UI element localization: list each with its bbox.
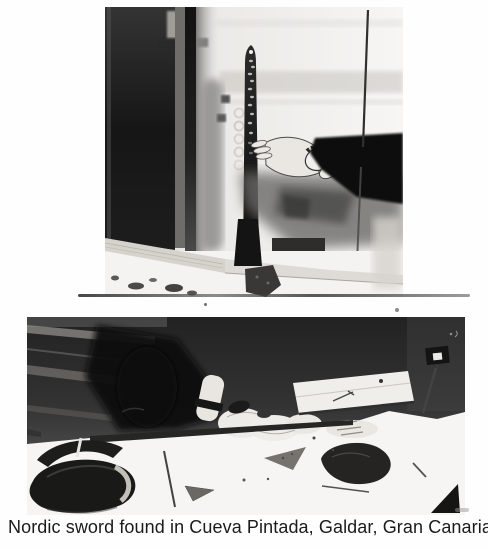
sword-tip-highlight	[249, 50, 253, 54]
scan-speck	[455, 508, 469, 512]
photo-caption: Nordic sword found in Cueva Pintada, Gal…	[8, 517, 486, 539]
scan-speck	[395, 308, 399, 312]
scan-speck	[204, 303, 207, 306]
display-shadow-column	[202, 79, 223, 251]
label-plaque	[272, 238, 325, 251]
top-photo-sword-display	[105, 7, 403, 297]
scanned-document-page: Nordic sword found in Cueva Pintada, Gal…	[0, 0, 488, 549]
wall-fixture	[425, 346, 450, 365]
display-panel	[105, 7, 218, 253]
scan-artifact-line	[78, 294, 470, 297]
corner-soft-shadow	[373, 217, 401, 289]
sword-base	[234, 219, 262, 266]
bottom-photo-artifact-table	[27, 317, 465, 515]
